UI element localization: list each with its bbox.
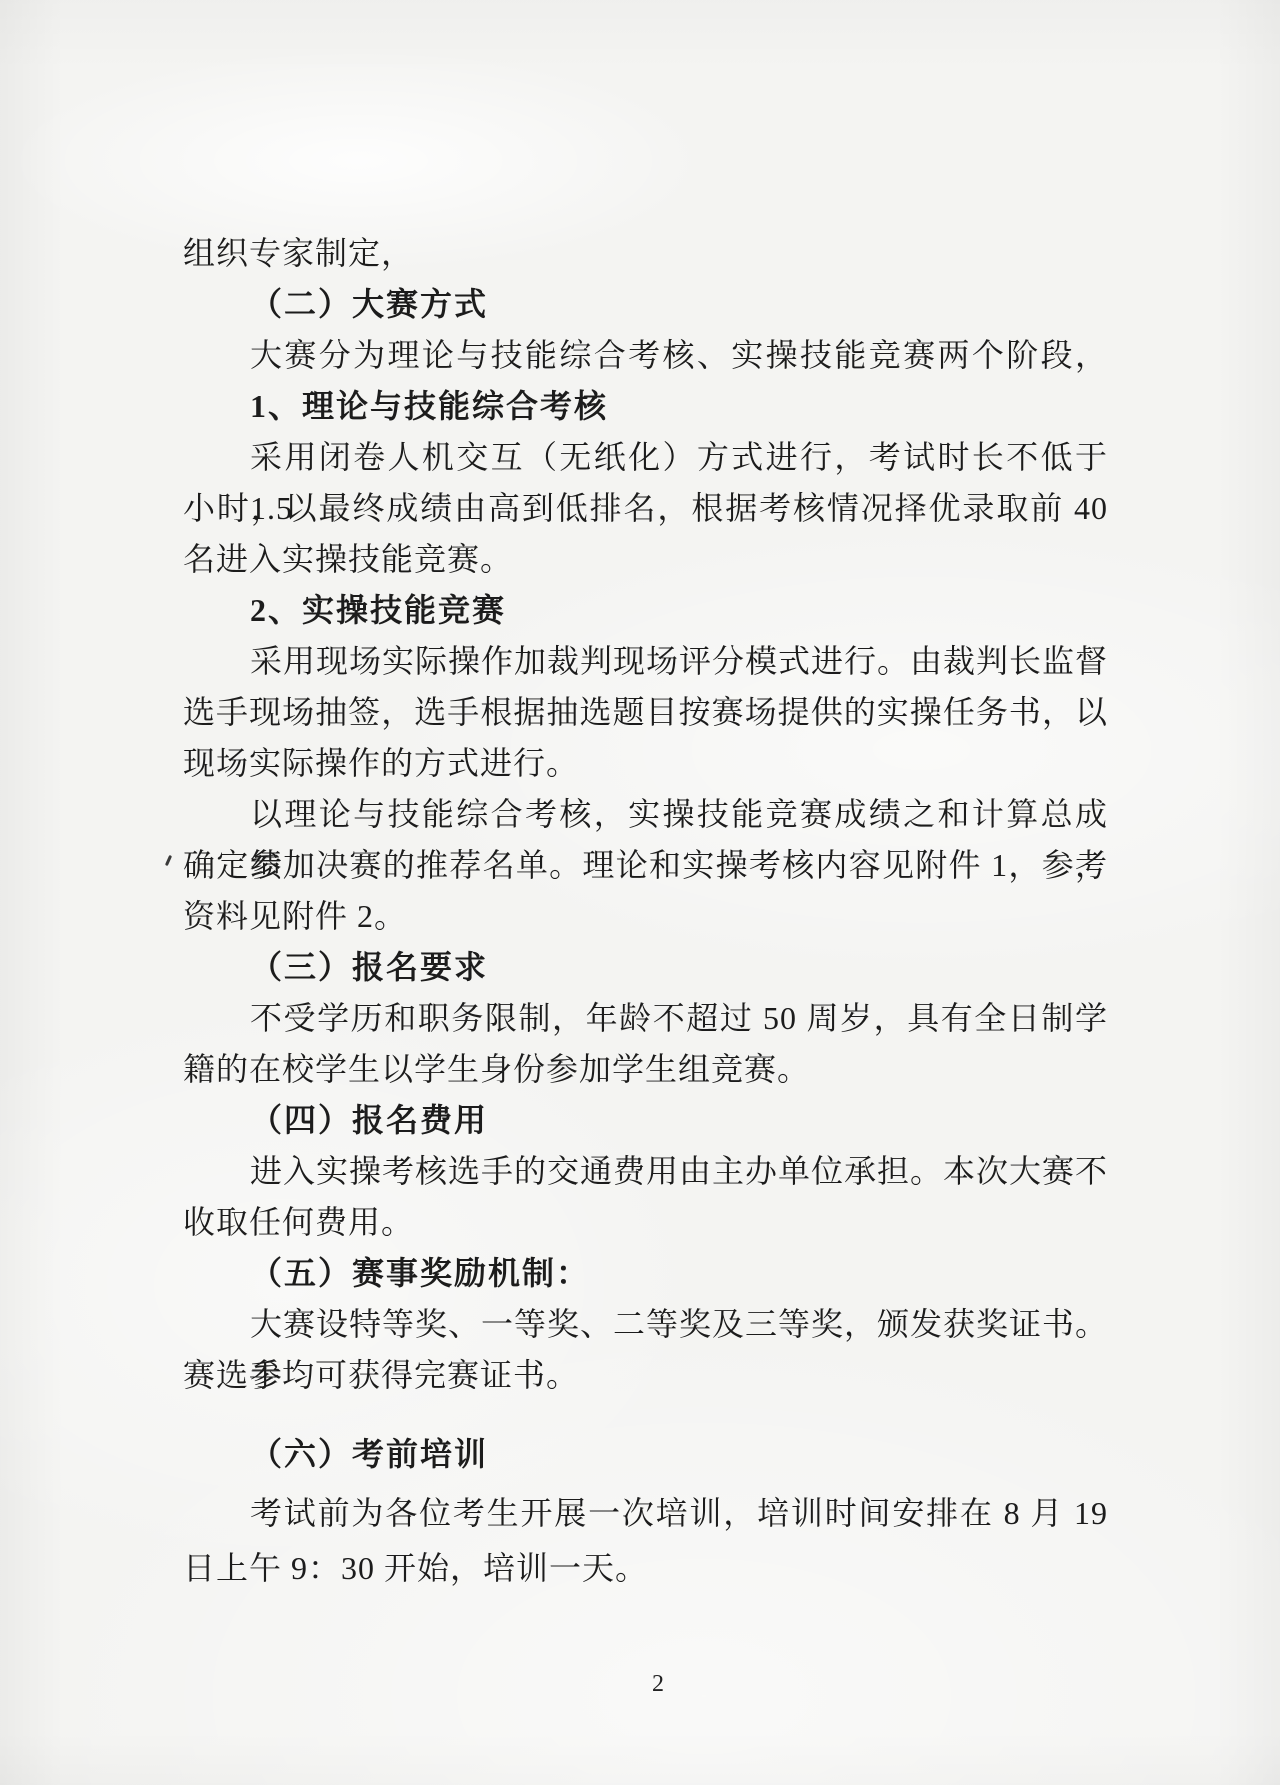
document-line: 采用现场实际操作加裁判现场评分模式进行。由裁判长监督 <box>183 636 1108 687</box>
page-number: 2 <box>640 1668 676 1700</box>
document-line: 资料见附件 2。 <box>183 891 1108 942</box>
document-line: 确定参加决赛的推荐名单。理论和实操考核内容见附件 1，参考 <box>183 840 1108 891</box>
document-line: 大赛设特等奖、一等奖、二等奖及三等奖，颁发获奖证书。参 <box>183 1299 1108 1350</box>
document-line: 名进入实操技能竞赛。 <box>183 534 1108 585</box>
document-line: 日上午 9：30 开始，培训一天。 <box>183 1543 1108 1594</box>
document-line: 进入实操考核选手的交通费用由主办单位承担。本次大赛不 <box>183 1146 1108 1197</box>
section-heading: （三）报名要求 <box>183 942 1108 993</box>
document-line: 不受学历和职务限制，年龄不超过 50 周岁，具有全日制学 <box>183 993 1108 1044</box>
document-line: 采用闭卷人机交互（无纸化）方式进行，考试时长不低于 1.5 <box>183 432 1108 483</box>
document-line: 现场实际操作的方式进行。 <box>183 738 1108 789</box>
section-heading: 2、实操技能竞赛 <box>183 585 1108 636</box>
document-line: 籍的在校学生以学生身份参加学生组竞赛。 <box>183 1044 1108 1095</box>
section-heading: （四）报名费用 <box>183 1095 1108 1146</box>
document-line: 小时，以最终成绩由高到低排名，根据考核情况择优录取前 40 <box>183 483 1108 534</box>
section-heading: 1、理论与技能综合考核 <box>183 381 1108 432</box>
document-line: 考试前为各位考生开展一次培训，培训时间安排在 8 月 19 <box>183 1488 1108 1539</box>
section-heading: （六）考前培训 <box>183 1429 1108 1480</box>
document-line: 赛选手均可获得完赛证书。 <box>183 1350 1108 1401</box>
document-line: 组织专家制定， <box>183 228 1108 279</box>
document-line: 以理论与技能综合考核，实操技能竞赛成绩之和计算总成绩， <box>183 789 1108 840</box>
page-body: 组织专家制定， （二）大赛方式 大赛分为理论与技能综合考核、实操技能竞赛两个阶段… <box>183 228 1108 1594</box>
document-line: 收取任何费用。 <box>183 1197 1108 1248</box>
document-line: 大赛分为理论与技能综合考核、实操技能竞赛两个阶段， <box>183 330 1108 381</box>
section-heading: （二）大赛方式 <box>183 279 1108 330</box>
section-heading: （五）赛事奖励机制： <box>183 1248 1108 1299</box>
document-line: 选手现场抽签，选手根据抽选题目按赛场提供的实操任务书，以 <box>183 687 1108 738</box>
